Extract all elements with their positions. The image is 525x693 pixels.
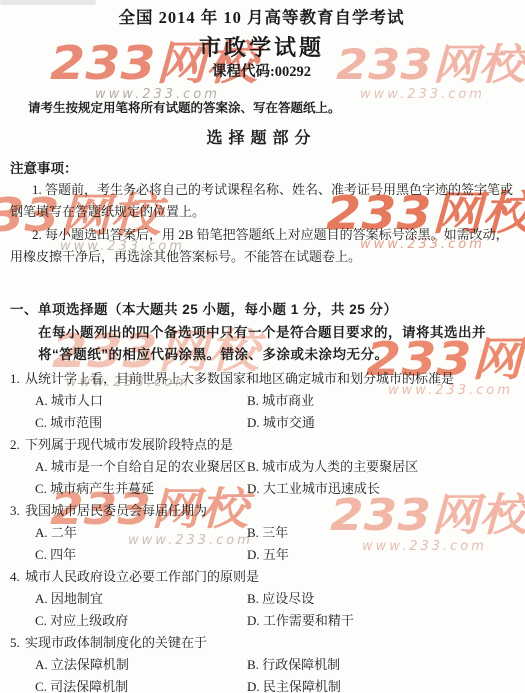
- note-item-2: 2. 每小题选出答案后，用 2B 铅笔把答题纸上对应题目的答案标号涂黑。如需改动…: [10, 224, 513, 267]
- option-a: A. 立法保障机制: [35, 654, 247, 676]
- question-head: 5. 实现市政体制制度化的关键在于: [10, 632, 513, 654]
- question-options: A. 城市人口 B. 城市商业 C. 城市范围 D. 城市交通: [35, 390, 513, 434]
- question-options: A. 因地制宜 B. 应设尽设 C. 对应上级政府 D. 工作需要和精干: [35, 588, 513, 632]
- question-stem: 城市人民政府设立必要工作部门的原则是: [25, 566, 259, 588]
- option-a: A. 城市人口: [35, 390, 247, 412]
- part-one-instruction: 在每小题列出的四个备选项中只有一个是符合题目要求的，请将其选出并将“答题纸”的相…: [38, 322, 513, 365]
- exam-title: 全国 2014 年 10 月高等教育自学考试: [10, 8, 513, 28]
- question-stem: 我国城市居民委员会每届任期为: [25, 500, 207, 522]
- option-c: C. 司法保障机制: [35, 676, 247, 693]
- option-c: C. 对应上级政府: [35, 610, 247, 632]
- question-number: 3.: [10, 500, 25, 522]
- question-number: 5.: [10, 632, 25, 654]
- question-stem: 下列属于现代城市发展阶段特点的是: [25, 434, 233, 456]
- exam-paper: 全国 2014 年 10 月高等教育自学考试 市政学试题 课程代码:00292 …: [0, 0, 525, 693]
- course-code: 课程代码:00292: [10, 64, 513, 81]
- option-b: B. 行政保障机制: [247, 654, 513, 676]
- option-c: C. 城市病产生并蔓延: [35, 478, 247, 500]
- question-3: 3. 我国城市居民委员会每届任期为 A. 二年 B. 三年 C. 四年 D. 五…: [10, 500, 513, 566]
- paper-title: 市政学试题: [10, 35, 513, 61]
- option-b: B. 城市成为人类的主要聚居区: [247, 456, 513, 478]
- question-number: 2.: [10, 434, 25, 456]
- option-d: D. 民主保障机制: [247, 676, 513, 693]
- question-head: 3. 我国城市居民委员会每届任期为: [10, 500, 513, 522]
- option-d: D. 五年: [247, 544, 513, 566]
- question-stem: 从统计学上看，目前世界上大多数国家和地区确定城市和划分城市的标准是: [25, 368, 454, 390]
- question-head: 4. 城市人民政府设立必要工作部门的原则是: [10, 566, 513, 588]
- notes-label: 注意事项：: [10, 160, 513, 177]
- option-b: B. 城市商业: [247, 390, 513, 412]
- question-list: 1. 从统计学上看，目前世界上大多数国家和地区确定城市和划分城市的标准是 A. …: [10, 368, 513, 693]
- question-head: 1. 从统计学上看，目前世界上大多数国家和地区确定城市和划分城市的标准是: [10, 368, 513, 390]
- question-options: A. 城市是一个自给自足的农业聚居区 B. 城市成为人类的主要聚居区 C. 城市…: [35, 456, 513, 500]
- question-4: 4. 城市人民政府设立必要工作部门的原则是 A. 因地制宜 B. 应设尽设 C.…: [10, 566, 513, 632]
- option-d: D. 城市交通: [247, 412, 513, 434]
- part-one-heading: 一、单项选择题（本大题共 25 小题，每小题 1 分，共 25 分）: [10, 301, 513, 318]
- option-b: B. 应设尽设: [247, 588, 513, 610]
- fill-instruction: 请考生按规定用笔将所有试题的答案涂、写在答题纸上。: [28, 101, 513, 116]
- option-b: B. 三年: [247, 522, 513, 544]
- question-number: 4.: [10, 566, 25, 588]
- question-options: A. 二年 B. 三年 C. 四年 D. 五年: [35, 522, 513, 566]
- question-options: A. 立法保障机制 B. 行政保障机制 C. 司法保障机制 D. 民主保障机制: [35, 654, 513, 693]
- question-head: 2. 下列属于现代城市发展阶段特点的是: [10, 434, 513, 456]
- option-a: A. 因地制宜: [35, 588, 247, 610]
- option-a: A. 二年: [35, 522, 247, 544]
- option-d: D. 工作需要和精干: [247, 610, 513, 632]
- option-d: D. 大工业城市迅速成长: [247, 478, 513, 500]
- question-stem: 实现市政体制制度化的关键在于: [25, 632, 207, 654]
- question-2: 2. 下列属于现代城市发展阶段特点的是 A. 城市是一个自给自足的农业聚居区 B…: [10, 434, 513, 500]
- question-5: 5. 实现市政体制制度化的关键在于 A. 立法保障机制 B. 行政保障机制 C.…: [10, 632, 513, 693]
- option-c: C. 四年: [35, 544, 247, 566]
- option-a: A. 城市是一个自给自足的农业聚居区: [35, 456, 247, 478]
- section-heading: 选择题部分: [10, 129, 513, 149]
- question-1: 1. 从统计学上看，目前世界上大多数国家和地区确定城市和划分城市的标准是 A. …: [10, 368, 513, 434]
- option-c: C. 城市范围: [35, 412, 247, 434]
- note-item-1: 1. 答题前，考生务必将自己的考试课程名称、姓名、准考证号用黑色字迹的签字笔或钢…: [10, 179, 513, 222]
- question-number: 1.: [10, 368, 25, 390]
